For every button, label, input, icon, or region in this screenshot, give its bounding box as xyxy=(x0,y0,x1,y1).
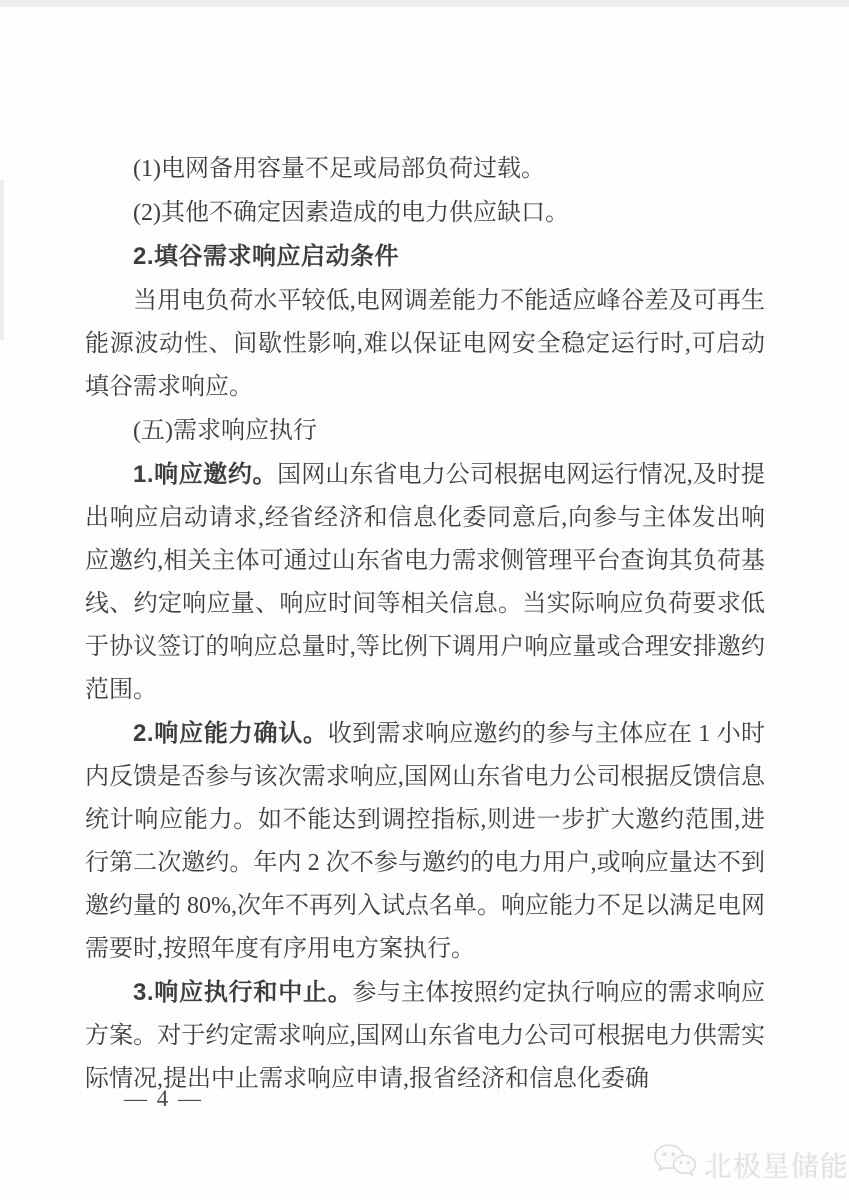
watermark-brand-text: 北极星储能网 xyxy=(704,1145,849,1185)
paragraph-response-execution-and-suspension: 3.响应执行和中止。参与主体按照约定执行响应的需求响应方案。对于约定需求响应,国… xyxy=(85,971,765,1101)
paragraph-lead: 3.响应执行和中止。 xyxy=(133,979,353,1006)
paragraph-response-invitation: 1.响应邀约。国网山东省电力公司根据电网运行情况,及时提出响应启动请求,经省经济… xyxy=(85,453,765,712)
paragraph-list-item-1: (1)电网备用容量不足或局部负荷过载。 xyxy=(85,147,765,191)
paragraph-text: 收到需求响应邀约的参与主体应在 1 小时内反馈是否参与该次需求响应,国网山东省电… xyxy=(85,721,765,962)
paragraph-list-item-2: (2)其他不确定因素造成的电力供应缺口。 xyxy=(85,191,765,235)
watermark: 北极星储能网 xyxy=(652,1142,849,1187)
scanned-document-page: (1)电网备用容量不足或局部负荷过载。 (2)其他不确定因素造成的电力供应缺口。… xyxy=(0,0,849,1200)
paragraph-lead: 1.响应邀约。 xyxy=(133,461,277,488)
paragraph-text: 国网山东省电力公司根据电网运行情况,及时提出响应启动请求,经省经济和信息化委同意… xyxy=(85,462,765,703)
section-heading-demand-response-execution: (五)需求响应执行 xyxy=(85,409,765,453)
scan-edge-artifact-top xyxy=(0,0,849,7)
page-number: — 4 — xyxy=(124,1086,203,1112)
paragraph-text: 当用电负荷水平较低,电网调差能力不能适应峰谷差及可再生能源波动性、间歇性影响,难… xyxy=(85,288,765,400)
paragraph-text: (2)其他不确定因素造成的电力供应缺口。 xyxy=(133,200,569,226)
paragraph-response-capability-confirmation: 2.响应能力确认。收到需求响应邀约的参与主体应在 1 小时内反馈是否参与该次需求… xyxy=(85,712,765,971)
scan-edge-artifact-left xyxy=(0,180,4,340)
wechat-icon xyxy=(652,1142,698,1187)
paragraph-text: (1)电网备用容量不足或局部负荷过载。 xyxy=(133,156,545,182)
section-heading-fill-valley-conditions: 2.填谷需求响应启动条件 xyxy=(85,235,765,279)
document-body: (1)电网备用容量不足或局部负荷过载。 (2)其他不确定因素造成的电力供应缺口。… xyxy=(85,147,765,1101)
paragraph-fill-valley-body: 当用电负荷水平较低,电网调差能力不能适应峰谷差及可再生能源波动性、间歇性影响,难… xyxy=(85,279,765,409)
paragraph-text: (五)需求响应执行 xyxy=(133,418,317,444)
paragraph-lead: 2.填谷需求响应启动条件 xyxy=(133,243,399,270)
paragraph-lead: 2.响应能力确认。 xyxy=(133,720,328,747)
